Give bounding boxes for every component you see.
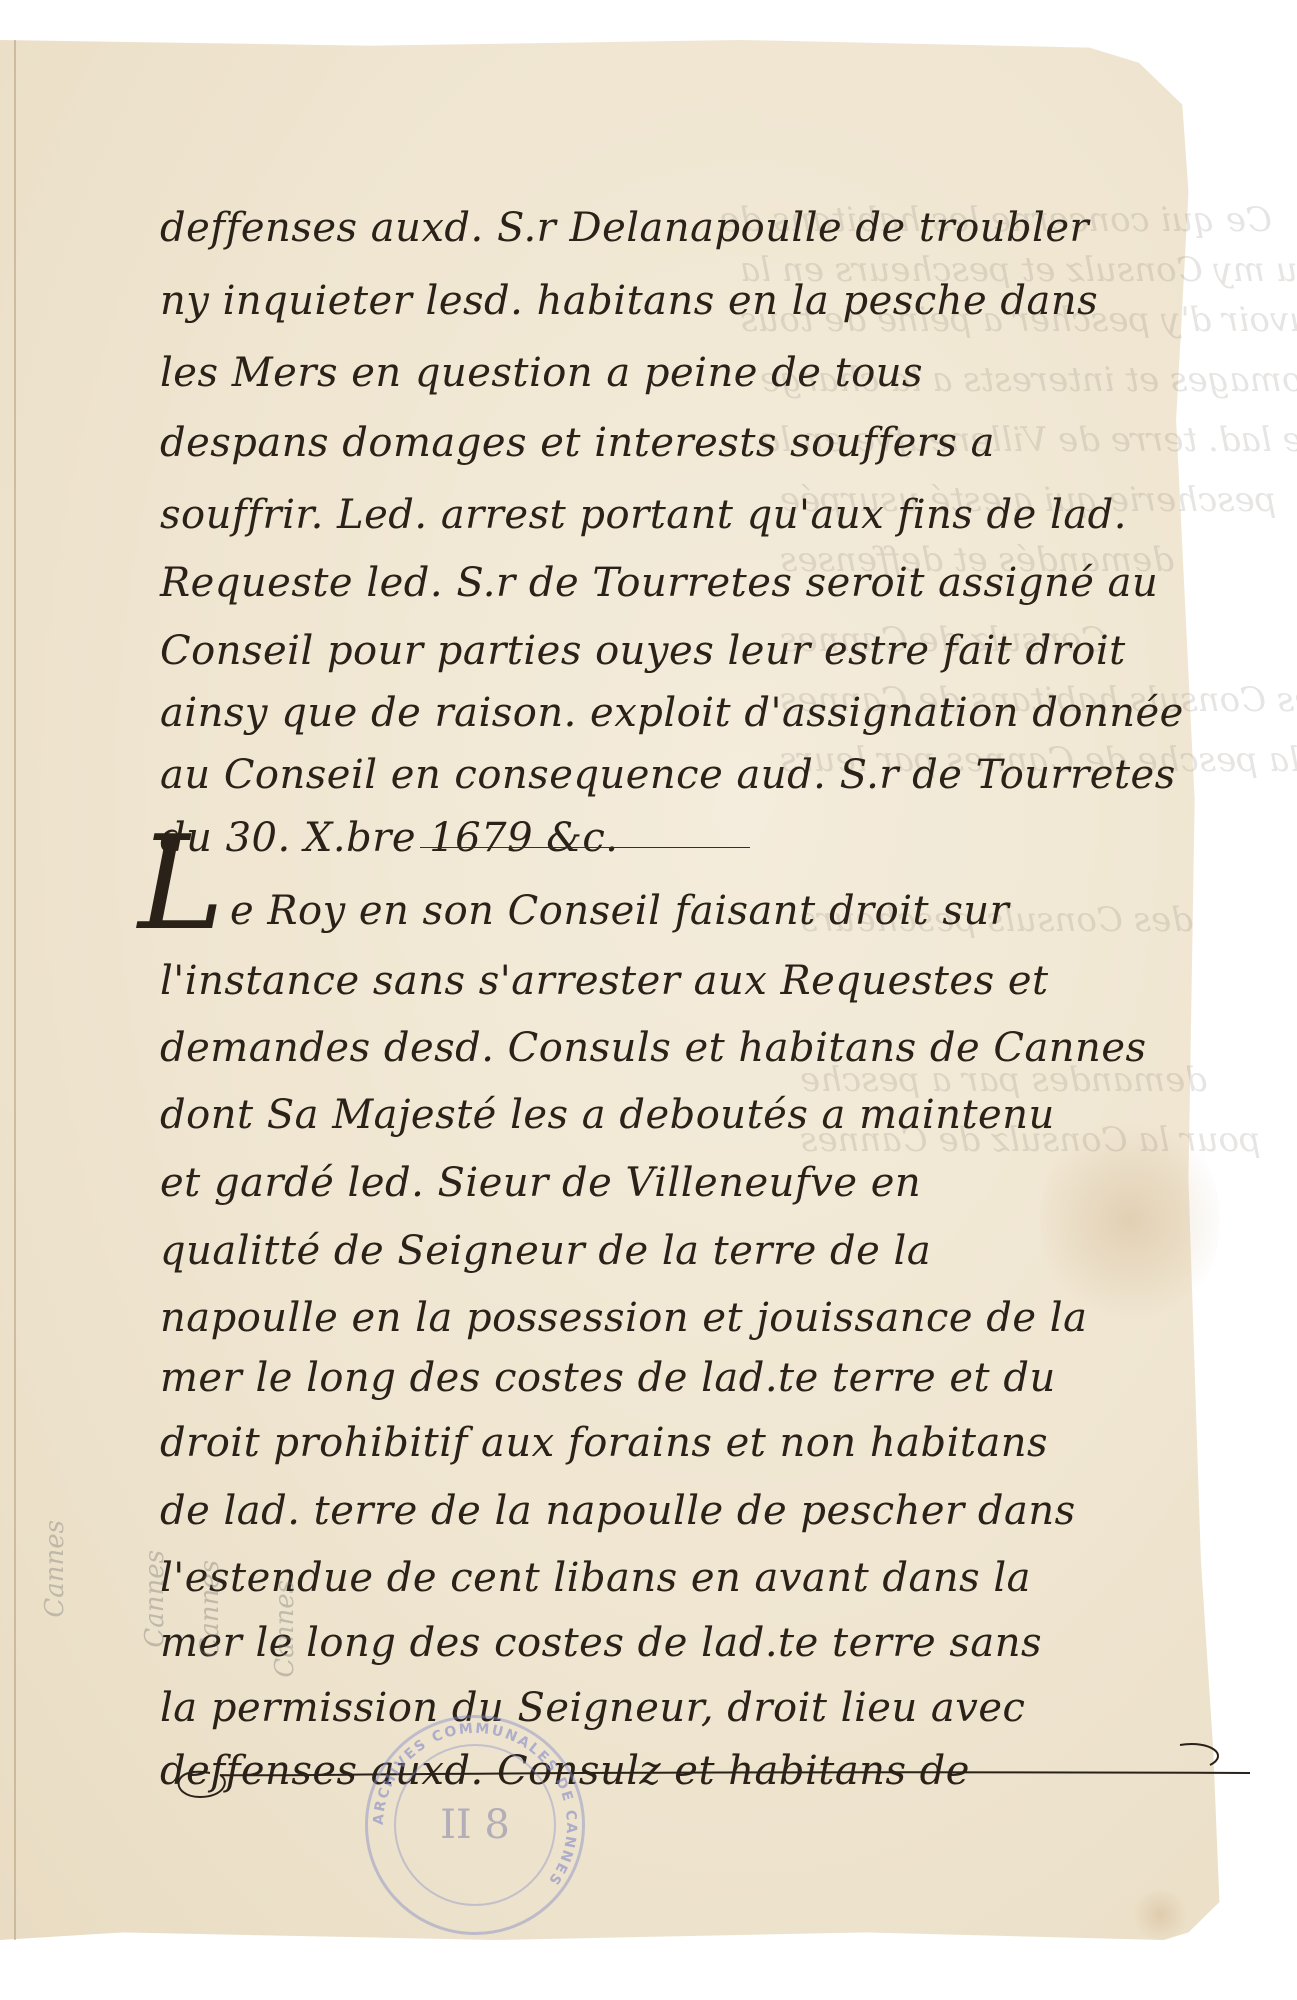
manuscript-line: qualitté de Seigneur de la terre de la [160, 1228, 931, 1274]
margin-pencil-note: Cannes [140, 1550, 170, 1648]
manuscript-line: du 30. X.bre 1679 &c. [160, 815, 618, 861]
manuscript-line: droit prohibitif aux forains et non habi… [160, 1420, 1048, 1466]
manuscript-line: ainsy que de raison. exploit d'assignati… [160, 690, 1184, 736]
manuscript-line: et gardé led. Sieur de Villeneufve en [160, 1160, 921, 1206]
paper-stain [1130, 1890, 1190, 1940]
manuscript-line: au Conseil en consequence aud. S.r de To… [160, 752, 1176, 798]
margin-pencil-note: Cannes [40, 1520, 70, 1618]
svg-text:ARCHIVES COMMUNALES DE CANNES: ARCHIVES COMMUNALES DE CANNES [371, 1721, 579, 1889]
manuscript-line: souffrir. Led. arrest portant qu'aux fin… [160, 492, 1127, 538]
manuscript-line: demandes desd. Consuls et habitans de Ca… [160, 1025, 1147, 1071]
manuscript-line: les Mers en question a peine de tous [160, 350, 923, 396]
drop-cap-initial: L [138, 818, 224, 948]
manuscript-line: de lad. terre de la napoulle de pescher … [160, 1488, 1076, 1534]
stamp-ring-text: ARCHIVES COMMUNALES DE CANNES [365, 1715, 585, 1935]
page-fold-line [14, 40, 16, 1940]
line-filler-rule [420, 847, 750, 848]
manuscript-line: e Roy en son Conseil faisant droit sur [230, 888, 1009, 934]
flourish-icon [150, 1725, 1250, 1805]
margin-pencil-note: Cannes [270, 1580, 300, 1678]
manuscript-line: mer le long des costes de lad.te terre e… [160, 1355, 1056, 1401]
margin-pencil-note: Cannes [195, 1560, 225, 1658]
manuscript-line: dont Sa Majesté les a deboutés a mainten… [160, 1092, 1055, 1138]
manuscript-line: Requeste led. S.r de Tourretes seroit as… [160, 560, 1158, 606]
manuscript-line: ny inquieter lesd. habitans en la pesche… [160, 278, 1098, 324]
manuscript-line: l'instance sans s'arrester aux Requestes… [160, 958, 1049, 1004]
manuscript-line: despans domages et interests souffers a [160, 420, 995, 466]
manuscript-line: napoulle en la possession et jouissance … [160, 1295, 1087, 1341]
manuscript-line: deffenses auxd. S.r Delanapoulle de trou… [160, 205, 1089, 251]
manuscript-line: Conseil pour parties ouyes leur estre fa… [160, 628, 1126, 674]
